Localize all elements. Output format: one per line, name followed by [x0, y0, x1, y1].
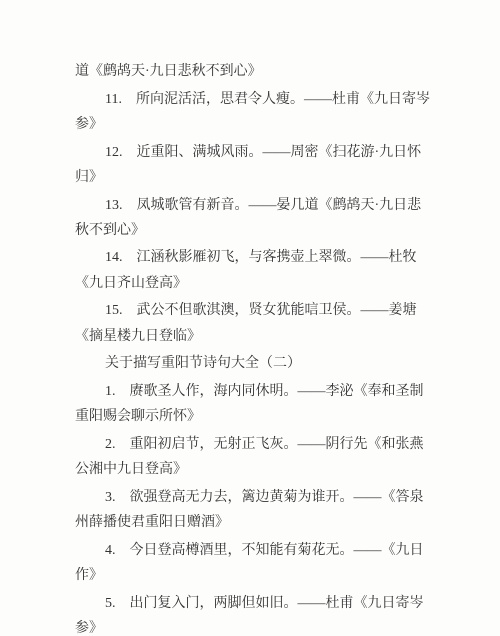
text-line: 5. 出门复入门，两脚但如旧。——杜甫《九日寄岑: [75, 591, 440, 616]
section-title: 关于描写重阳节诗句大全（二）: [75, 351, 440, 376]
text-line: 14. 江涵秋影雁初飞，与客携壶上翠微。——杜牧: [75, 245, 440, 270]
document-body: 道《鹧鸪天·九日悲秋不到心》11. 所向泥活活，思君令人瘦。——杜甫《九日寄岑参…: [75, 59, 440, 636]
text-line: 11. 所向泥活活，思君令人瘦。——杜甫《九日寄岑: [75, 87, 440, 112]
poem-item-4: 4. 今日登高樽酒里，不知能有菊花无。——《九日作》: [75, 538, 440, 588]
text-line: 4. 今日登高樽酒里，不知能有菊花无。——《九日: [75, 538, 440, 563]
text-line: 参》: [75, 616, 440, 636]
text-line: 12. 近重阳、满城风雨。——周密《扫花游·九日怀: [75, 140, 440, 165]
text-line: 重阳赐会聊示所怀》: [75, 404, 440, 429]
text-line: 1. 赓歌圣人作，海内同休明。——李泌《奉和圣制: [75, 379, 440, 404]
poem-item-1: 1. 赓歌圣人作，海内同休明。——李泌《奉和圣制重阳赐会聊示所怀》: [75, 379, 440, 429]
text-line: 13. 凤城歌管有新音。——晏几道《鹧鸪天·九日悲: [75, 193, 440, 218]
poem-item-14: 14. 江涵秋影雁初飞，与客携壶上翠微。——杜牧《九日齐山登高》: [75, 245, 440, 295]
text-line: 2. 重阳初启节，无射正飞灰。——阴行先《和张燕: [75, 432, 440, 457]
poem-item-5: 5. 出门复入门，两脚但如旧。——杜甫《九日寄岑参》: [75, 591, 440, 636]
text-line: 作》: [75, 563, 440, 588]
text-line: 《九日齐山登高》: [75, 271, 440, 296]
poem-item-15: 15. 武公不但歌淇澳，贤女犹能唁卫侯。——姜塘《摘星楼九日登临》: [75, 298, 440, 348]
poem-item-11: 11. 所向泥活活，思君令人瘦。——杜甫《九日寄岑参》: [75, 87, 440, 137]
poem-item-2: 2. 重阳初启节，无射正飞灰。——阴行先《和张燕公湘中九日登高》: [75, 432, 440, 482]
text-line: 道《鹧鸪天·九日悲秋不到心》: [75, 59, 440, 84]
poem-item-12: 12. 近重阳、满城风雨。——周密《扫花游·九日怀归》: [75, 140, 440, 190]
text-line: 参》: [75, 112, 440, 137]
text-continuation-item-10: 道《鹧鸪天·九日悲秋不到心》: [75, 59, 440, 84]
poem-item-3: 3. 欲强登高无力去，篱边黄菊为谁开。——《答泉州薛播使君重阳日赠酒》: [75, 485, 440, 535]
text-line: 15. 武公不但歌淇澳，贤女犹能唁卫侯。——姜塘: [75, 298, 440, 323]
text-line: 归》: [75, 165, 440, 190]
poem-item-13: 13. 凤城歌管有新音。——晏几道《鹧鸪天·九日悲秋不到心》: [75, 193, 440, 243]
text-line: 公湘中九日登高》: [75, 457, 440, 482]
text-line: 州薛播使君重阳日赠酒》: [75, 510, 440, 535]
text-line: 3. 欲强登高无力去，篱边黄菊为谁开。——《答泉: [75, 485, 440, 510]
text-line: 秋不到心》: [75, 218, 440, 243]
text-line: 《摘星楼九日登临》: [75, 324, 440, 349]
text-line: 关于描写重阳节诗句大全（二）: [75, 351, 440, 376]
